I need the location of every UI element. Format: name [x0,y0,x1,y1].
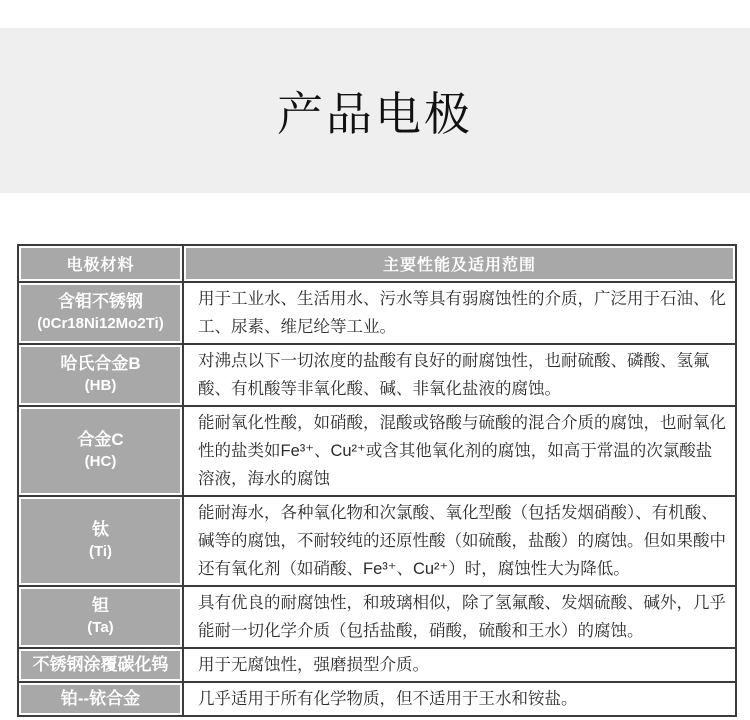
material-name: 钽 [23,595,178,618]
table-row: 钛 (Ti) 能耐海水，各种氧化物和次氯酸、氧化型酸（包括发烟硝酸）、有机酸、碱… [18,496,736,586]
material-name-cell: 钽 (Ta) [18,586,183,648]
material-description: 具有优良的耐腐蚀性，和玻璃相似，除了氢氟酸、发烟硫酸、碱外，几乎能耐一切化学介质… [183,586,736,648]
material-grade: (HB) [23,376,178,396]
material-name-cell: 合金C (HC) [18,406,183,496]
table-row: 铂--铱合金 几乎适用于所有化学物质，但不适用于王水和铵盐。 [18,682,736,716]
material-name-cell: 铂--铱合金 [18,682,183,716]
section-banner: 产品电极 [0,28,750,193]
material-description: 用于无腐蚀性，强磨损型介质。 [183,648,736,682]
material-description: 能耐氧化性酸，如硝酸，混酸或铬酸与硫酸的混合介质的腐蚀，也耐氧化性的盐类如Fe³… [183,406,736,496]
material-description: 对沸点以下一切浓度的盐酸有良好的耐腐蚀性，也耐硫酸、磷酸、氢氟酸、有机酸等非氧化… [183,344,736,406]
electrode-spec-table: 电极材料 主要性能及适用范围 含钼不锈钢 (0Cr18Ni12Mo2Ti) 用于… [17,244,737,717]
material-name: 钛 [23,519,178,542]
material-name-cell: 含钼不锈钢 (0Cr18Ni12Mo2Ti) [18,282,183,344]
table-row: 哈氏合金B (HB) 对沸点以下一切浓度的盐酸有良好的耐腐蚀性，也耐硫酸、磷酸、… [18,344,736,406]
table-row: 钽 (Ta) 具有优良的耐腐蚀性，和玻璃相似，除了氢氟酸、发烟硫酸、碱外，几乎能… [18,586,736,648]
material-name: 合金C [23,429,178,452]
material-grade: (HC) [23,452,178,472]
table-row: 含钼不锈钢 (0Cr18Ni12Mo2Ti) 用于工业水、生活用水、污水等具有弱… [18,282,736,344]
page-title: 产品电极 [277,78,473,144]
material-grade: (Ti) [23,542,178,562]
material-description: 能耐海水，各种氧化物和次氯酸、氧化型酸（包括发烟硝酸）、有机酸、碱等的腐蚀，不耐… [183,496,736,586]
material-name: 含钼不锈钢 [23,291,178,314]
table-header-row: 电极材料 主要性能及适用范围 [18,245,736,282]
material-name: 哈氏合金B [23,353,178,376]
material-name-cell: 哈氏合金B (HB) [18,344,183,406]
material-name: 不锈钢涂覆碳化钨 [23,654,178,677]
column-header-material: 电极材料 [18,245,183,282]
material-description: 几乎适用于所有化学物质，但不适用于王水和铵盐。 [183,682,736,716]
table-row: 合金C (HC) 能耐氧化性酸，如硝酸，混酸或铬酸与硫酸的混合介质的腐蚀，也耐氧… [18,406,736,496]
material-name-cell: 不锈钢涂覆碳化钨 [18,648,183,682]
material-grade: (0Cr18Ni12Mo2Ti) [23,314,178,334]
table-row: 不锈钢涂覆碳化钨 用于无腐蚀性，强磨损型介质。 [18,648,736,682]
material-description: 用于工业水、生活用水、污水等具有弱腐蚀性的介质，广泛用于石油、化工、尿素、维尼纶… [183,282,736,344]
material-name: 铂--铱合金 [23,688,178,711]
material-name-cell: 钛 (Ti) [18,496,183,586]
column-header-performance: 主要性能及适用范围 [183,245,736,282]
material-grade: (Ta) [23,618,178,638]
